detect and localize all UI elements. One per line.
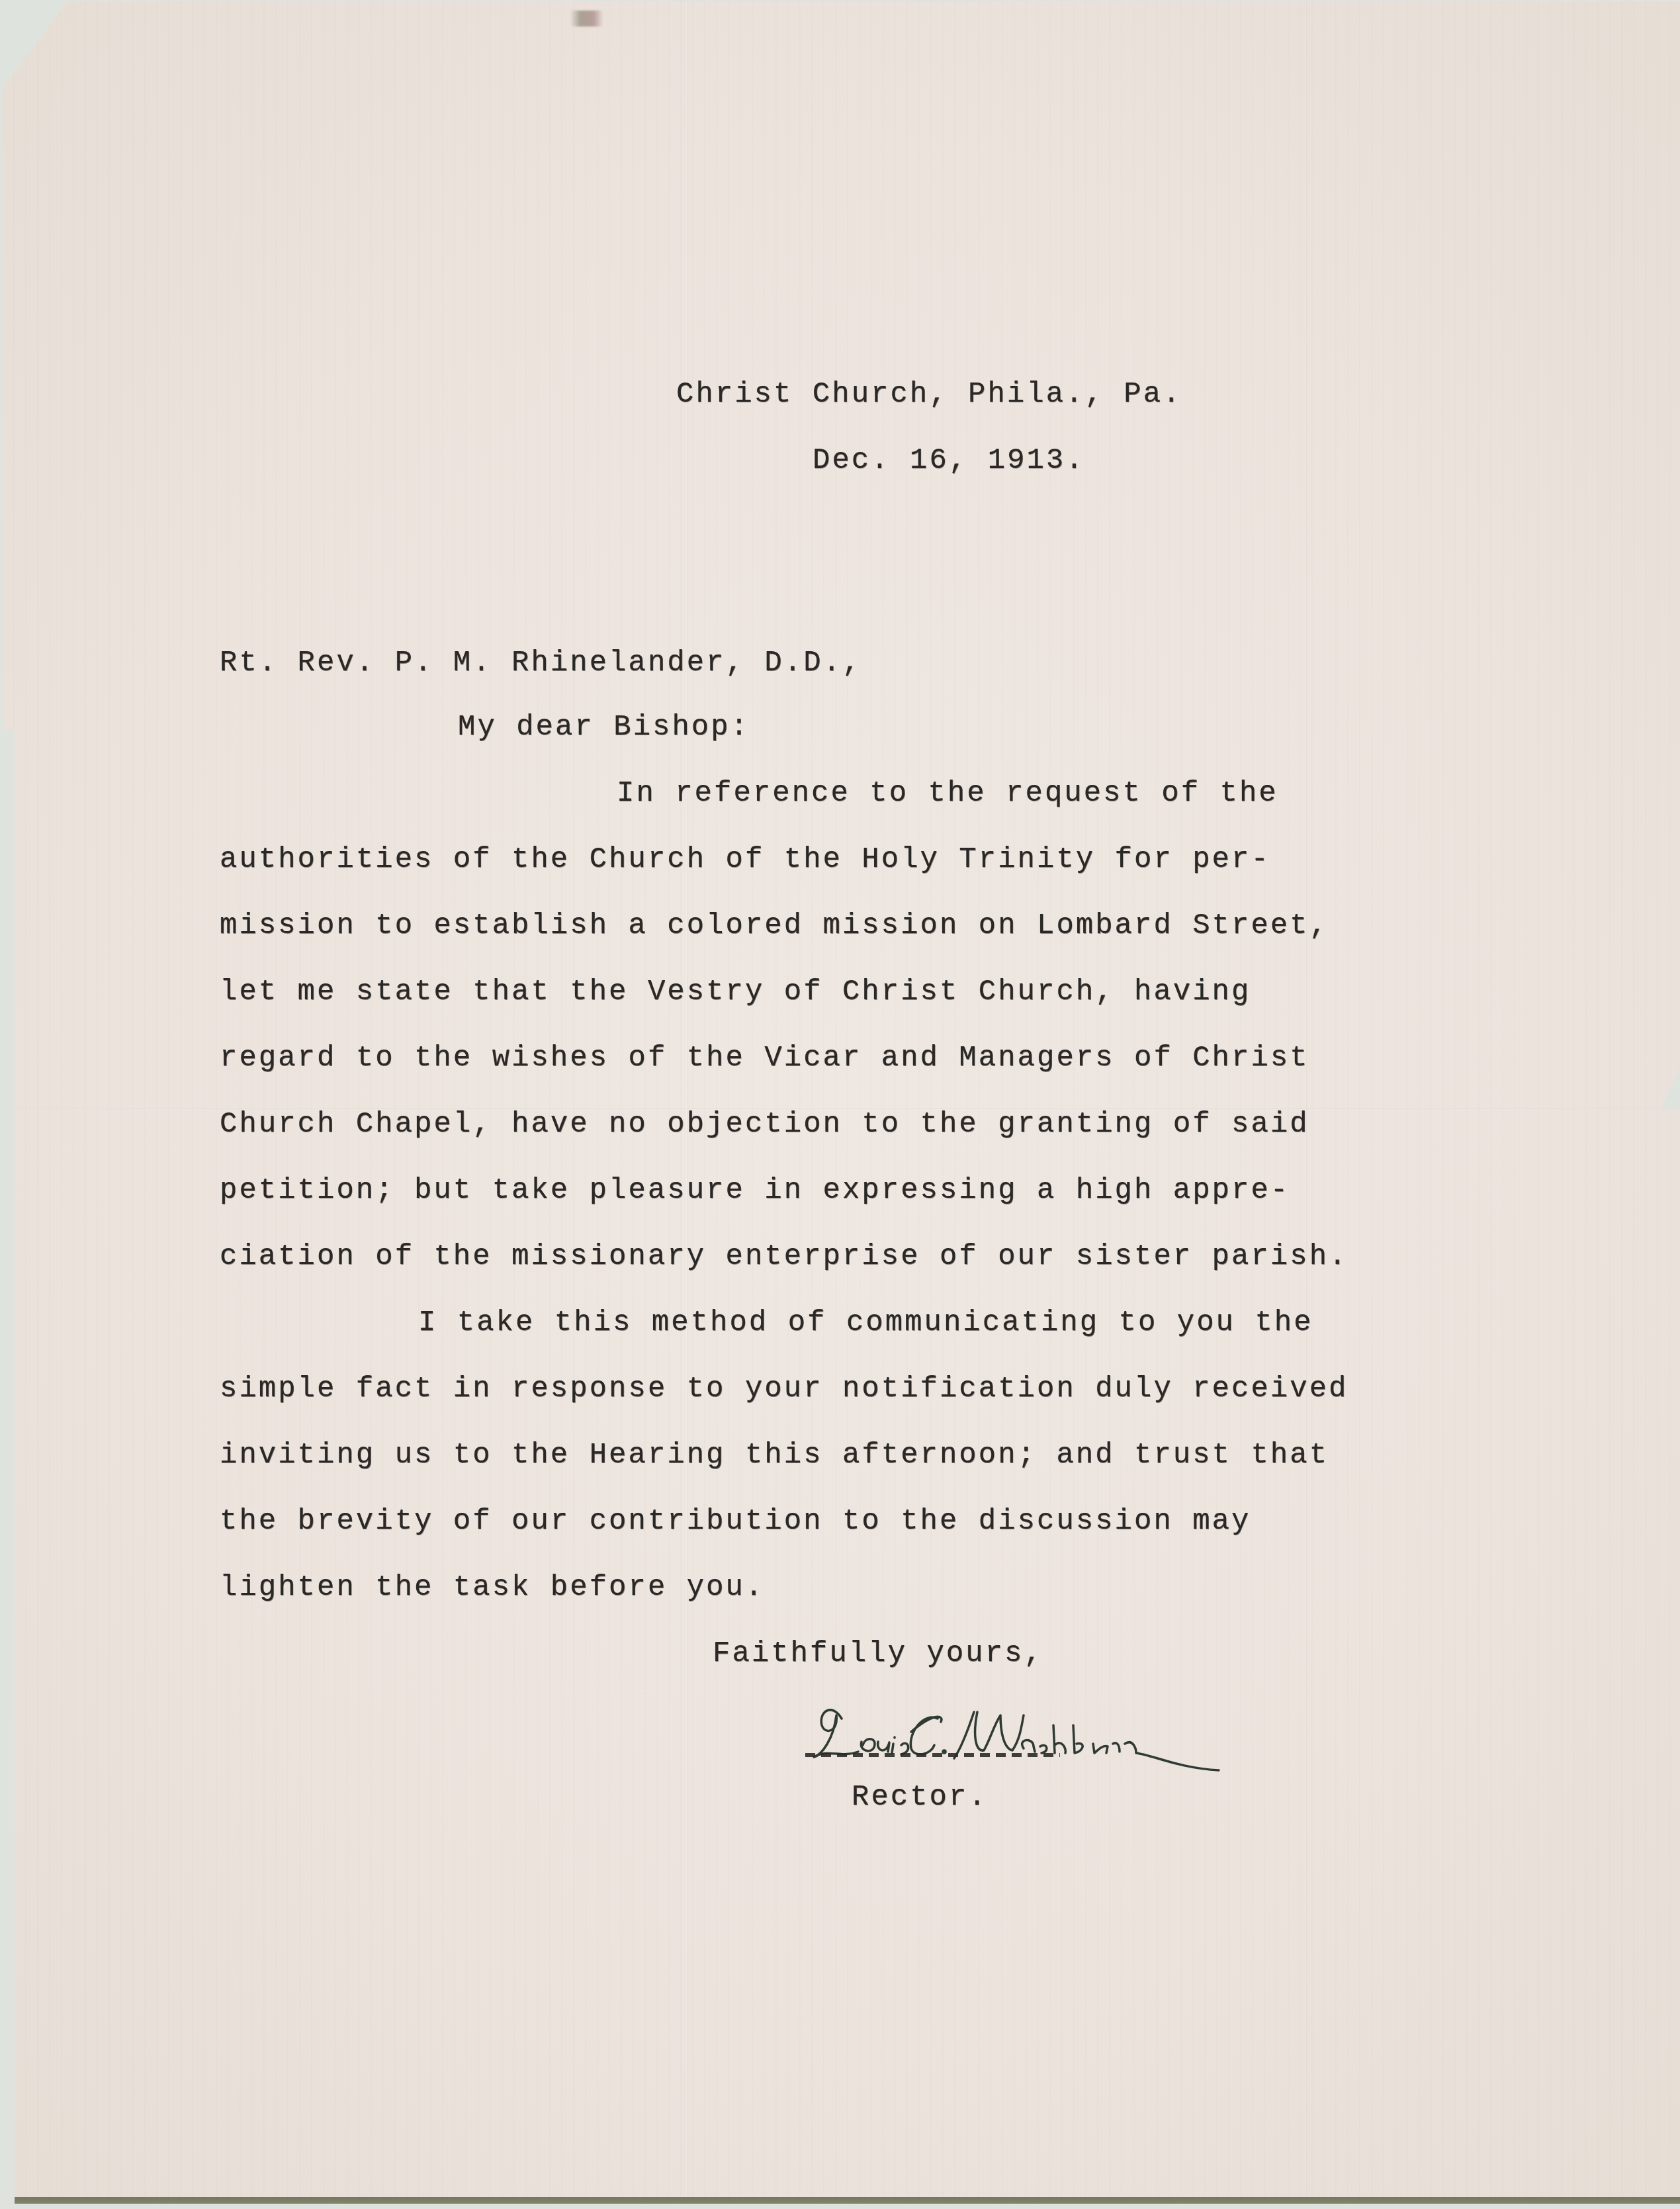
body-line: In reference to the request of the [617,779,1278,808]
body-line: authorities of the Church of the Holy Tr… [220,845,1270,874]
body-line: Church Chapel, have no objection to the … [220,1110,1309,1139]
recipient-line: Rt. Rev. P. M. Rhinelander, D.D., [220,649,862,678]
paper-notch [1660,1067,1680,1110]
body-line: inviting us to the Hearing this afternoo… [220,1441,1329,1470]
body-line: ciation of the missionary enterprise of … [220,1242,1348,1271]
vertical-crease [1305,1,1307,2204]
letter-paper: Christ Church, Phila., Pa. Dec. 16, 1913… [1,1,1680,2204]
ink-smudge [570,11,603,26]
handwritten-signature [802,1686,1345,1772]
vertical-crease [686,1,688,2204]
letterhead-place: Christ Church, Phila., Pa. [676,380,1182,409]
salutation: My dear Bishop: [458,713,750,742]
body-line: let me state that the Vestry of Christ C… [220,977,1251,1007]
signature-icon [802,1686,1345,1772]
closing: Faithfully yours, [713,1639,1043,1668]
signature-dashed-line [805,1753,1060,1757]
signer-title: Rector. [852,1783,988,1812]
paper-bottom-edge [15,2197,1680,2204]
body-line: regard to the wishes of the Vicar and Ma… [220,1044,1309,1073]
letter-date: Dec. 16, 1913. [813,446,1085,475]
body-line: the brevity of our contribution to the d… [220,1507,1251,1536]
body-line: petition; but take pleasure in expressin… [220,1176,1290,1205]
body-line: mission to establish a colored mission o… [220,911,1329,940]
body-line: lighten the task before you. [220,1573,764,1602]
body-line: I take this method of communicating to y… [418,1308,1313,1337]
body-line: simple fact in response to your notifica… [220,1375,1348,1404]
